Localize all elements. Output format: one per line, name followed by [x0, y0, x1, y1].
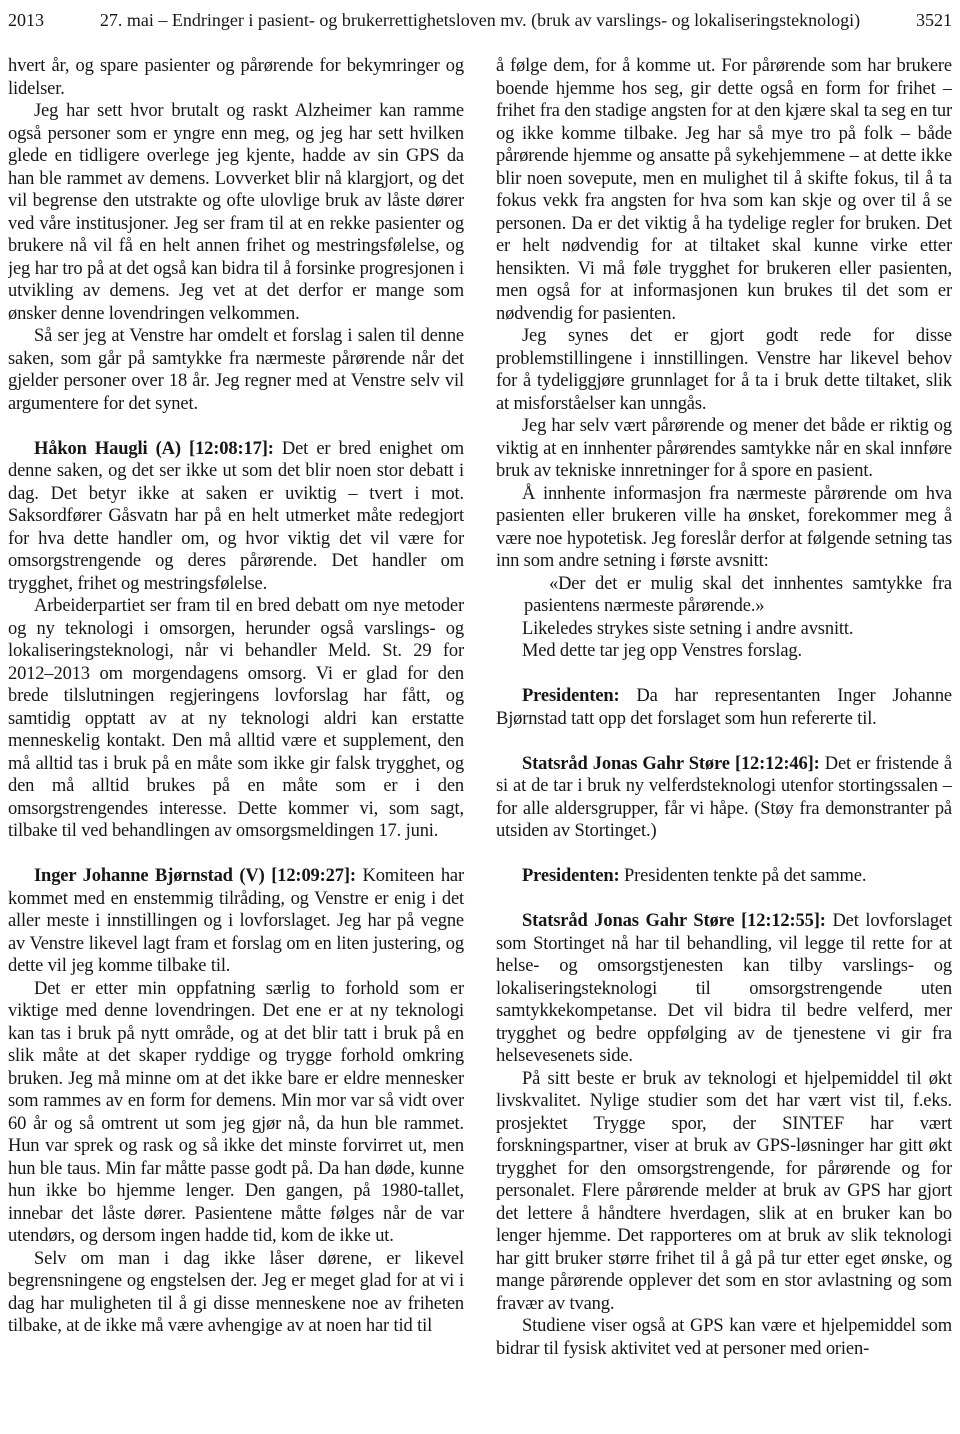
paragraph-text: Jeg har selv vært pårørende og mener det…	[496, 416, 952, 481]
body-paragraph: å følge dem, for å komme ut. For pårøren…	[496, 55, 952, 325]
paragraph-text: Presidenten tenkte på det samme.	[624, 866, 866, 886]
speaker-label: Presidenten:	[522, 686, 620, 706]
left-column: hvert år, og spare pasienter og pårørend…	[8, 55, 464, 1432]
body-paragraph: Studiene viser også at GPS kan være et h…	[496, 1315, 952, 1360]
paragraph-text: Arbeiderpartiet ser fram til en bred deb…	[8, 596, 464, 841]
header-title: 27. mai – Endringer i pasient- og bruker…	[44, 9, 916, 31]
body-paragraph: Det er etter min oppfatning særlig to fo…	[8, 978, 464, 1248]
paragraph-text: å følge dem, for å komme ut. For pårøren…	[496, 56, 952, 324]
speech-paragraph: Statsråd Jonas Gahr Støre [12:12:46]: De…	[496, 753, 952, 843]
body-paragraph: hvert år, og spare pasienter og pårørend…	[8, 55, 464, 100]
right-column: å følge dem, for å komme ut. For pårøren…	[496, 55, 952, 1432]
speaker-label: Inger Johanne Bjørnstad (V) [12:09:27]:	[34, 866, 356, 886]
paragraph-text: Det lovforslaget som Stortinget nå har t…	[496, 911, 952, 1066]
paragraph-text: Det er bred enighet om denne saken, og d…	[8, 439, 464, 594]
paragraph-text: Jeg synes det er gjort godt rede for dis…	[496, 326, 952, 414]
paragraph-text: Det er etter min oppfatning særlig to fo…	[8, 979, 464, 1247]
paragraph-text: På sitt beste er bruk av teknologi et hj…	[496, 1069, 952, 1314]
paragraph-text: Så ser jeg at Venstre har omdelt et fors…	[8, 326, 464, 414]
body-paragraph: Så ser jeg at Venstre har omdelt et fors…	[8, 325, 464, 415]
paragraph-text: Studiene viser også at GPS kan være et h…	[496, 1316, 952, 1359]
text-columns: hvert år, og spare pasienter og pårørend…	[8, 55, 952, 1432]
paragraph-text: Selv om man i dag ikke låser dørene, er …	[8, 1249, 464, 1337]
speech-paragraph: Håkon Haugli (A) [12:08:17]: Det er bred…	[8, 438, 464, 596]
paragraph-text: «Der det er mulig skal det innhentes sam…	[524, 574, 952, 617]
header-year: 2013	[8, 9, 44, 31]
paragraph-text: hvert år, og spare pasienter og pårørend…	[8, 56, 464, 99]
paragraph-text: Med dette tar jeg opp Venstres forslag.	[522, 641, 802, 661]
body-paragraph: Likeledes strykes siste setning i andre …	[496, 618, 952, 641]
speech-paragraph: Inger Johanne Bjørnstad (V) [12:09:27]: …	[8, 865, 464, 978]
paragraph-text: Å innhente informasjon fra nærmeste pårø…	[496, 484, 952, 572]
page-header: 2013 27. mai – Endringer i pasient- og b…	[8, 9, 952, 31]
body-paragraph: Jeg har selv vært pårørende og mener det…	[496, 415, 952, 483]
speaker-label: Håkon Haugli (A) [12:08:17]:	[34, 439, 274, 459]
body-paragraph: På sitt beste er bruk av teknologi et hj…	[496, 1068, 952, 1316]
speech-paragraph: Presidenten: Presidenten tenkte på det s…	[496, 865, 952, 888]
body-paragraph: Selv om man i dag ikke låser dørene, er …	[8, 1248, 464, 1338]
document-page: 2013 27. mai – Endringer i pasient- og b…	[0, 0, 960, 1434]
speaker-label: Presidenten:	[522, 866, 620, 886]
paragraph-text: Likeledes strykes siste setning i andre …	[522, 619, 853, 639]
body-paragraph: Arbeiderpartiet ser fram til en bred deb…	[8, 595, 464, 843]
speech-paragraph: Presidenten: Da har representanten Inger…	[496, 685, 952, 730]
speaker-label: Statsråd Jonas Gahr Støre [12:12:55]:	[522, 911, 826, 931]
speaker-label: Statsråd Jonas Gahr Støre [12:12:46]:	[522, 754, 820, 774]
header-page-number: 3521	[916, 9, 952, 31]
speech-paragraph: Statsråd Jonas Gahr Støre [12:12:55]: De…	[496, 910, 952, 1068]
body-paragraph: Jeg synes det er gjort godt rede for dis…	[496, 325, 952, 415]
body-paragraph: «Der det er mulig skal det innhentes sam…	[496, 573, 952, 618]
paragraph-text: Jeg har sett hvor brutalt og raskt Alzhe…	[8, 101, 464, 324]
body-paragraph: Med dette tar jeg opp Venstres forslag.	[496, 640, 952, 663]
body-paragraph: Jeg har sett hvor brutalt og raskt Alzhe…	[8, 100, 464, 325]
body-paragraph: Å innhente informasjon fra nærmeste pårø…	[496, 483, 952, 573]
